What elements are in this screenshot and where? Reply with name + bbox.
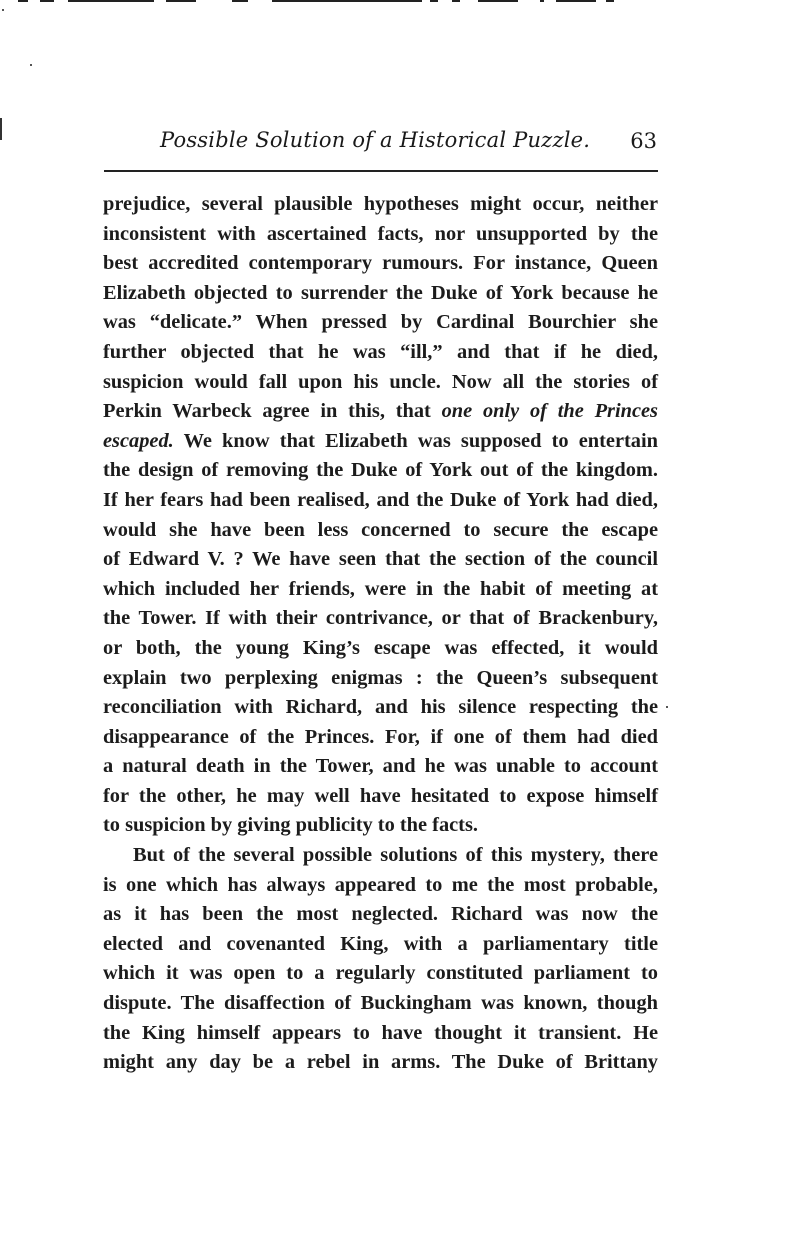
text-line: for the other, he may well have hesitate…: [103, 782, 658, 812]
scan-edge-artifact: [0, 0, 800, 4]
text-line: dispute. The disaffection of Buckingham …: [103, 989, 658, 1019]
text-line: If her fears had been realised, and the …: [103, 486, 658, 516]
text-line: of Edward V. ? We have seen that the sec…: [103, 545, 658, 575]
text-line: best accredited contemporary rumours. Fo…: [103, 249, 658, 279]
italic-emphasis: escaped.: [103, 430, 174, 452]
text-line: the Tower. If with their contrivance, or…: [103, 604, 658, 634]
text-line: Perkin Warbeck agree in this, that one o…: [103, 397, 658, 427]
text-line: reconciliation with Richard, and his sil…: [103, 693, 658, 723]
text-line: which it was open to a regularly constit…: [103, 959, 658, 989]
scan-speck: [666, 706, 668, 708]
text-line: further objected that he was “ill,” and …: [103, 338, 658, 368]
text-line: which included her friends, were in the …: [103, 575, 658, 605]
text-line: is one which has always appeared to me t…: [103, 871, 658, 901]
text-line: elected and covenanted King, with a parl…: [103, 930, 658, 960]
page-header: Possible Solution of a Historical Puzzle…: [160, 128, 657, 168]
paragraph-end-line: to suspicion by giving publicity to the …: [103, 811, 658, 841]
scan-speck: [30, 64, 32, 66]
text-line: or both, the young King’s escape was eff…: [103, 634, 658, 664]
text-line: as it has been the most neglected. Richa…: [103, 900, 658, 930]
text-line: explain two perplexing enigmas : the Que…: [103, 664, 658, 694]
text-line: a natural death in the Tower, and he was…: [103, 752, 658, 782]
page-number: 63: [630, 129, 657, 153]
header-rule: [104, 170, 658, 172]
text-line: prejudice, several plausible hypotheses …: [103, 190, 658, 220]
text-run: We know that Elizabeth was supposed to e…: [174, 430, 658, 452]
running-title: Possible Solution of a Historical Puzzle…: [160, 128, 590, 152]
text-run: Perkin Warbeck agree in this, that: [103, 400, 442, 422]
text-line: Elizabeth objected to surrender the Duke…: [103, 279, 658, 309]
text-line: was “delicate.” When pressed by Cardinal…: [103, 308, 658, 338]
text-line: disappearance of the Princes. For, if on…: [103, 723, 658, 753]
scan-speck: [2, 9, 4, 11]
binding-edge-mark: [0, 118, 2, 140]
italic-emphasis: one only of the Princes: [442, 400, 658, 422]
text-line: escaped. We know that Elizabeth was supp…: [103, 427, 658, 457]
text-line: the design of removing the Duke of York …: [103, 456, 658, 486]
text-line: the King himself appears to have thought…: [103, 1019, 658, 1049]
body-text: prejudice, several plausible hypotheses …: [103, 190, 658, 1078]
paragraph-start-line: But of the several possible solutions of…: [103, 841, 658, 871]
text-line: would she have been less concerned to se…: [103, 516, 658, 546]
text-line: might any day be a rebel in arms. The Du…: [103, 1048, 658, 1078]
text-line: suspicion would fall upon his uncle. Now…: [103, 368, 658, 398]
text-line: inconsistent with ascertained facts, nor…: [103, 220, 658, 250]
